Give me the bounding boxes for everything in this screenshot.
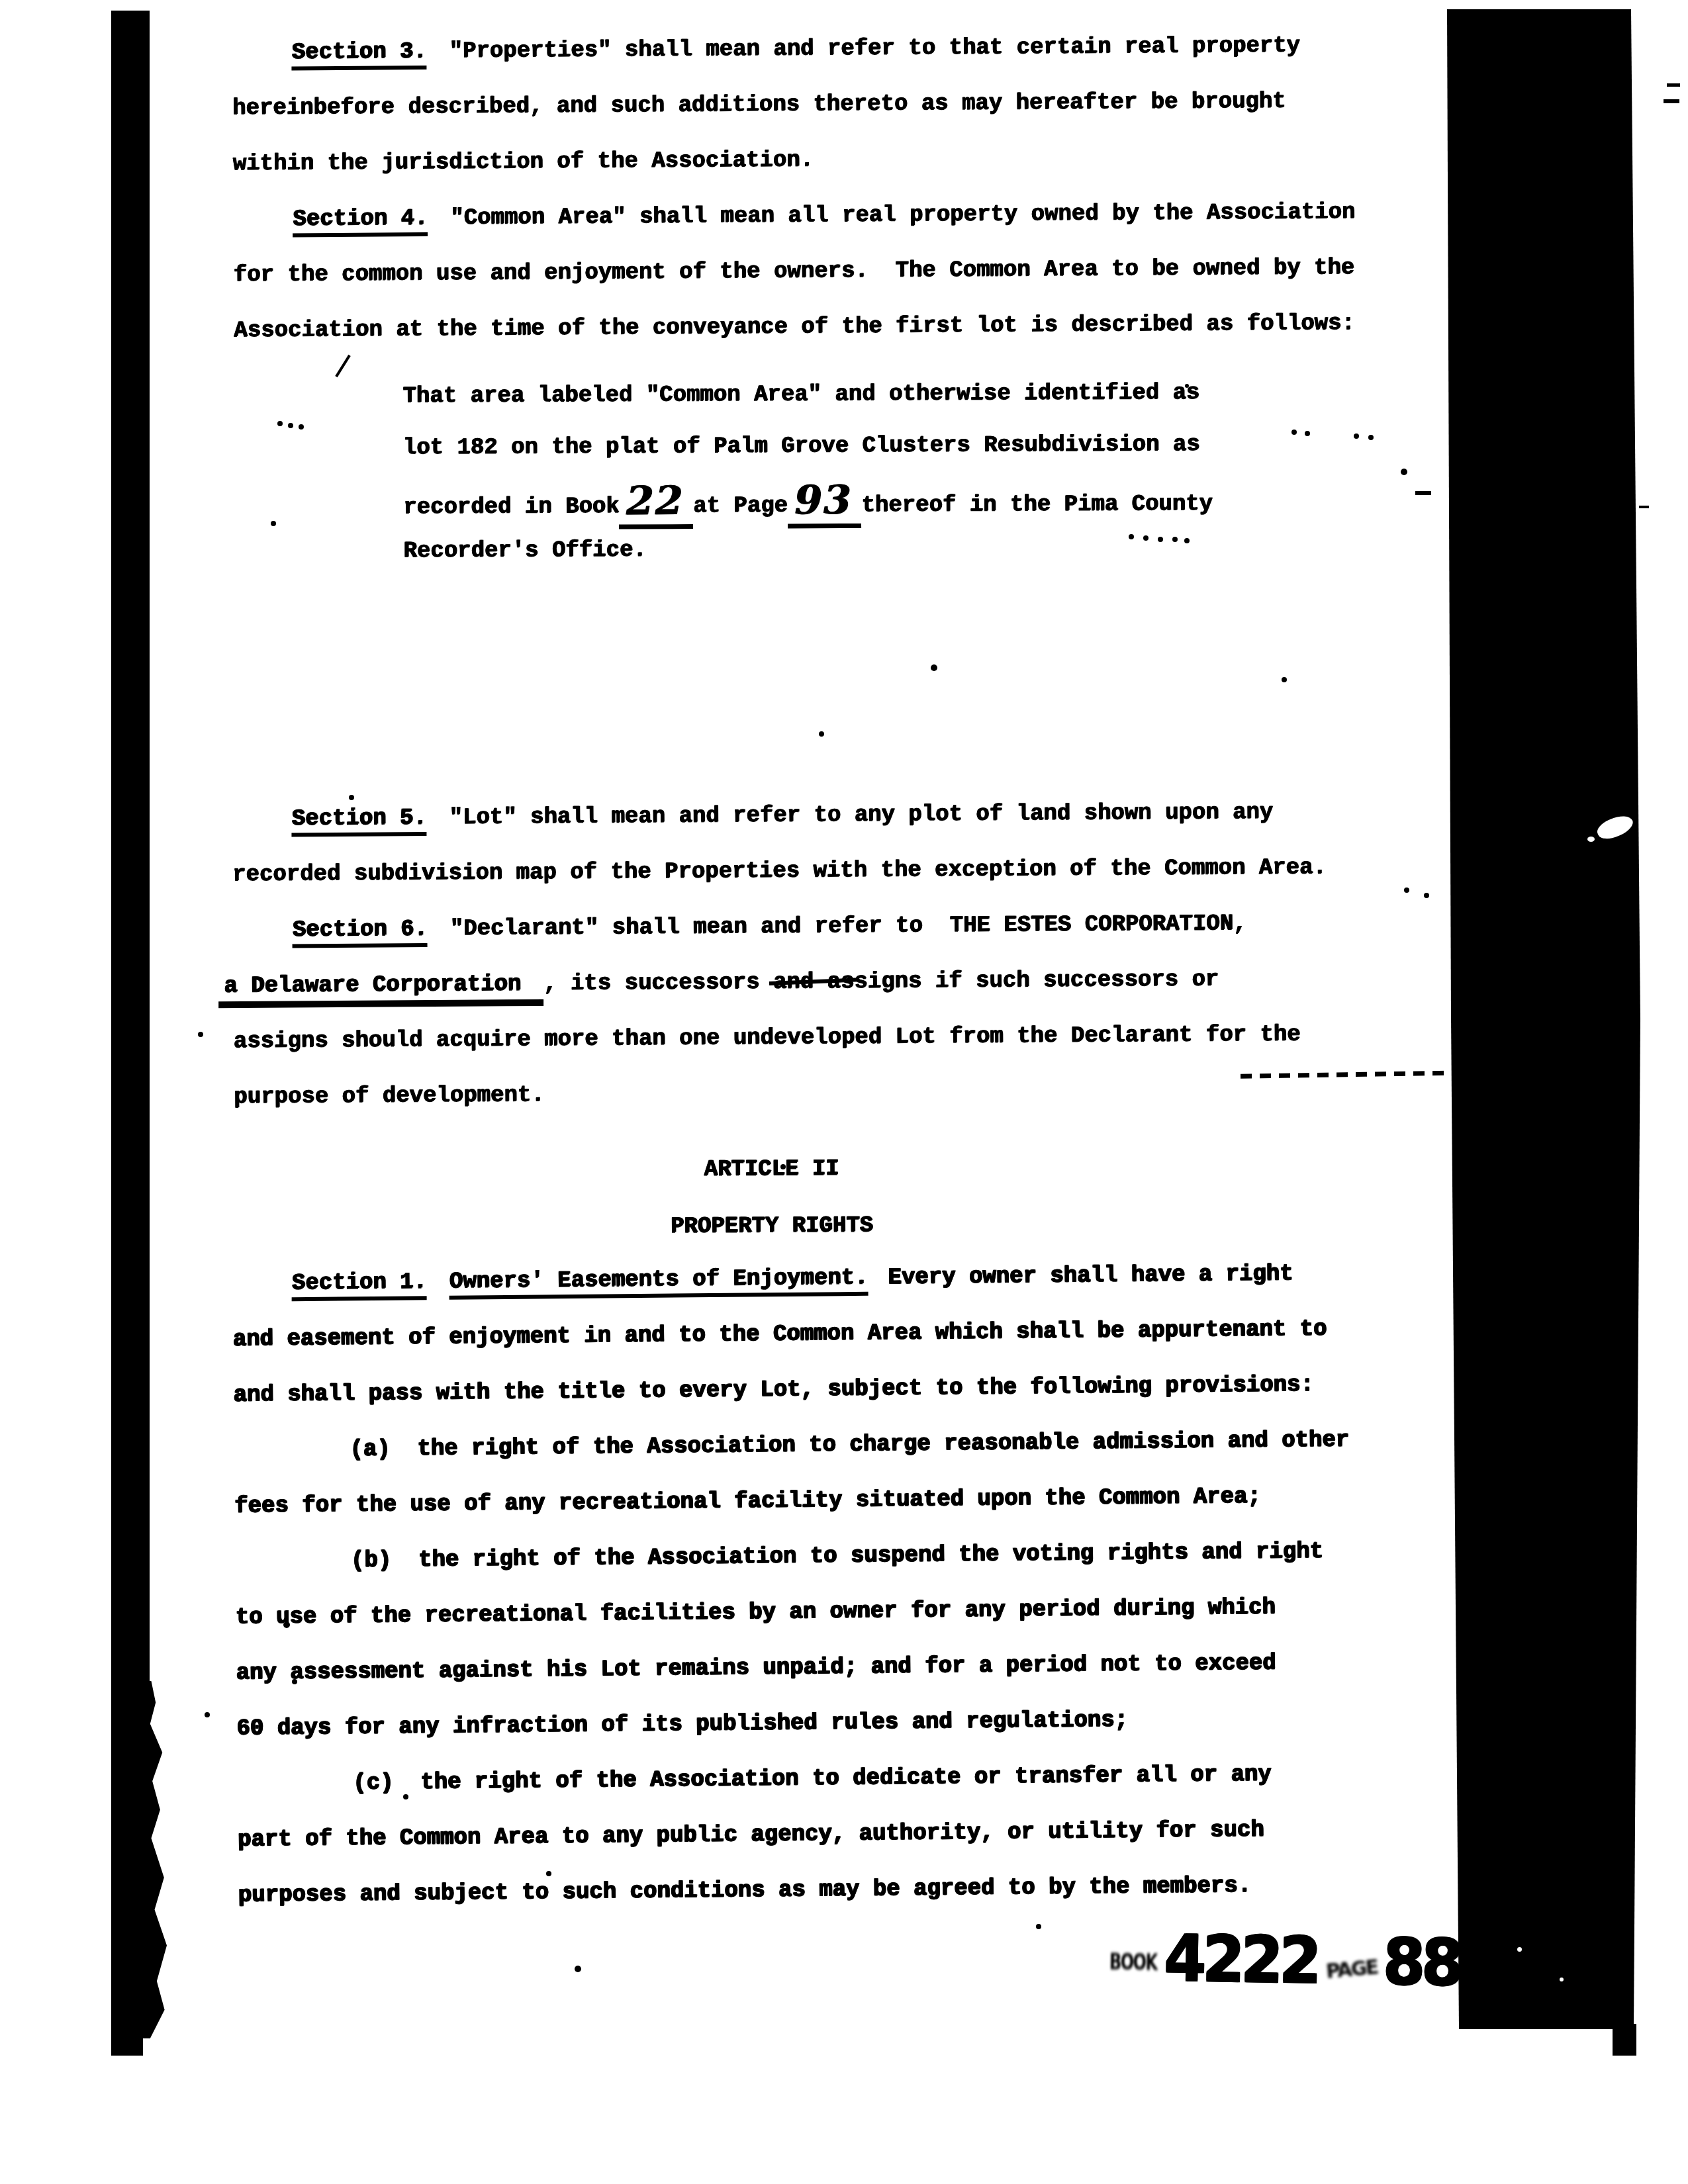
doc-text: recorded in Book bbox=[403, 494, 620, 520]
doc-line: (a) the right of the Association to char… bbox=[233, 1411, 1452, 1479]
right-scan-band bbox=[1443, 9, 1643, 2058]
doc-text: within the jurisdiction of the Associati… bbox=[232, 148, 814, 177]
doc-text: assigns should acquire more than one und… bbox=[233, 1022, 1300, 1054]
legal-description-block: That area labeled "Common Area" and othe… bbox=[402, 366, 1396, 577]
doc-text: That area labeled "Common Area" and othe… bbox=[402, 381, 1199, 409]
doc-text: Every owner shall have a right bbox=[888, 1261, 1293, 1291]
scan-dash-mark bbox=[1664, 99, 1679, 103]
doc-line: for the common use and enjoyment of the … bbox=[233, 240, 1452, 303]
scan-white-speck bbox=[1517, 1947, 1522, 1952]
doc-text: and shall pass with the title to every L… bbox=[233, 1372, 1314, 1408]
doc-line: assigns should acquire more than one und… bbox=[233, 1006, 1452, 1069]
doc-text: to use of the recreational facilities by… bbox=[235, 1595, 1275, 1630]
scanned-document-page: Section 3."Properties" shall mean and re… bbox=[0, 0, 1688, 2184]
struck-text: and as bbox=[773, 970, 855, 995]
doc-line: any assessment against his Lot remains u… bbox=[236, 1633, 1454, 1701]
doc-text: 60 days for any infraction of its publis… bbox=[236, 1707, 1128, 1741]
section-5-label: Section 5. bbox=[291, 805, 426, 837]
doc-text: part of the Common Area to any public ag… bbox=[237, 1817, 1264, 1852]
doc-line: hereinbefore described, and such additio… bbox=[232, 73, 1451, 136]
scan-white-speck bbox=[1560, 1978, 1564, 1981]
article-title: ARTICLE II bbox=[232, 1138, 1311, 1201]
doc-line: Association at the time of the conveyanc… bbox=[234, 295, 1452, 359]
scan-noise-specks bbox=[0, 0, 4, 4]
doc-text: any assessment against his Lot remains u… bbox=[236, 1651, 1276, 1686]
doc-line: Section 3."Properties" shall mean and re… bbox=[232, 17, 1450, 81]
doc-text: signs if such successors or bbox=[854, 967, 1219, 995]
article-title-text: ARTICLE II bbox=[704, 1156, 839, 1182]
section-1-heading: Owners' Easements of Enjoyment. bbox=[449, 1265, 868, 1300]
doc-text: recorded subdivision map of the Properti… bbox=[232, 855, 1327, 887]
article-subtitle-text: PROPERTY RIGHTS bbox=[671, 1213, 873, 1240]
doc-line: Section 4."Common Area" shall mean all r… bbox=[233, 184, 1452, 248]
doc-text: hereinbefore described, and such additio… bbox=[232, 89, 1286, 121]
doc-text: , its successors bbox=[543, 970, 773, 997]
doc-text: "Lot" shall mean and refer to any plot o… bbox=[449, 800, 1273, 831]
left-scan-band-foot bbox=[111, 2033, 143, 2056]
stamp-page-number: 883 bbox=[1382, 1933, 1498, 1993]
handwritten-book-number: 22 bbox=[619, 478, 693, 529]
doc-line: a Delaware Corporation, its successors a… bbox=[218, 950, 1452, 1014]
scan-dash-mark bbox=[1667, 83, 1680, 87]
doc-text: "Properties" shall mean and refer to tha… bbox=[449, 33, 1300, 64]
doc-text: lot 182 on the plat of Palm Grove Cluste… bbox=[402, 432, 1199, 461]
doc-text: fees for the use of any recreational fac… bbox=[234, 1484, 1260, 1519]
doc-line: recorded subdivision map of the Properti… bbox=[232, 839, 1451, 903]
doc-line: Section 5."Lot" shall mean and refer to … bbox=[232, 784, 1450, 847]
doc-text: purposes and subject to such conditions … bbox=[238, 1873, 1251, 1908]
right-scan-band-foot bbox=[1613, 2024, 1636, 2056]
doc-text: for the common use and enjoyment of the … bbox=[233, 255, 1354, 288]
section-3-label: Section 3. bbox=[291, 39, 426, 70]
scan-dash-mark bbox=[1639, 506, 1649, 508]
doc-line: Recorder's Office. bbox=[403, 521, 1396, 577]
recorder-stamp: BOOK 4222 PAGE 883 bbox=[1106, 1929, 1498, 1991]
doc-text: "Common Area" shall mean all real proper… bbox=[450, 200, 1355, 231]
section-1-label: Section 1. bbox=[291, 1269, 426, 1301]
doc-text: "Declarant" shall mean and refer to THE … bbox=[449, 911, 1246, 942]
section-6-label: Section 6. bbox=[292, 917, 427, 948]
doc-text: (a) the right of the Association to char… bbox=[350, 1428, 1349, 1462]
doc-text: thereof in the Pima County bbox=[861, 492, 1213, 518]
doc-line: within the jurisdiction of the Associati… bbox=[232, 128, 1451, 192]
section-3-4-block: Section 3."Properties" shall mean and re… bbox=[232, 17, 1452, 359]
doc-line: That area labeled "Common Area" and othe… bbox=[402, 366, 1395, 422]
left-scan-band-ragged bbox=[111, 1681, 167, 2038]
handwritten-page-number: 93 bbox=[787, 477, 861, 528]
doc-text: Recorder's Office. bbox=[403, 537, 646, 564]
stamp-page-label: PAGE bbox=[1325, 1956, 1379, 1983]
doc-text: at Page bbox=[693, 493, 788, 519]
scan-white-speck bbox=[1587, 837, 1595, 842]
doc-line: purposes and subject to such conditions … bbox=[238, 1856, 1456, 1923]
doc-text: (b) the right of the Association to susp… bbox=[350, 1539, 1323, 1573]
doc-text: purpose of development. bbox=[234, 1083, 545, 1110]
section-4-label: Section 4. bbox=[293, 206, 428, 237]
doc-text: (c) the right of the Association to dedi… bbox=[352, 1762, 1271, 1796]
stamp-book-number: 4222 bbox=[1163, 1929, 1317, 1990]
article-2-heading-block: ARTICLE II PROPERTY RIGHTS bbox=[232, 1138, 1311, 1257]
doc-line: recorded in Book22at Page93thereof in th… bbox=[403, 469, 1396, 525]
doc-text: Association at the time of the conveyanc… bbox=[234, 311, 1355, 343]
doc-line: purpose of development. bbox=[234, 1062, 1452, 1125]
doc-line: Section 6."Declarant" shall mean and ref… bbox=[232, 895, 1451, 958]
delaware-corporation-fill-in: a Delaware Corporation bbox=[218, 972, 543, 1008]
doc-line: lot 182 on the plat of Palm Grove Cluste… bbox=[402, 418, 1395, 474]
stamp-book-label: BOOK bbox=[1109, 1949, 1157, 1976]
article-2-section-1-block: Section 1.Owners' Easements of Enjoyment… bbox=[232, 1244, 1456, 1923]
scan-dash-mark bbox=[1415, 491, 1431, 495]
pen-slash-mark bbox=[335, 355, 351, 377]
doc-text: and easement of enjoyment in and to the … bbox=[232, 1316, 1327, 1352]
